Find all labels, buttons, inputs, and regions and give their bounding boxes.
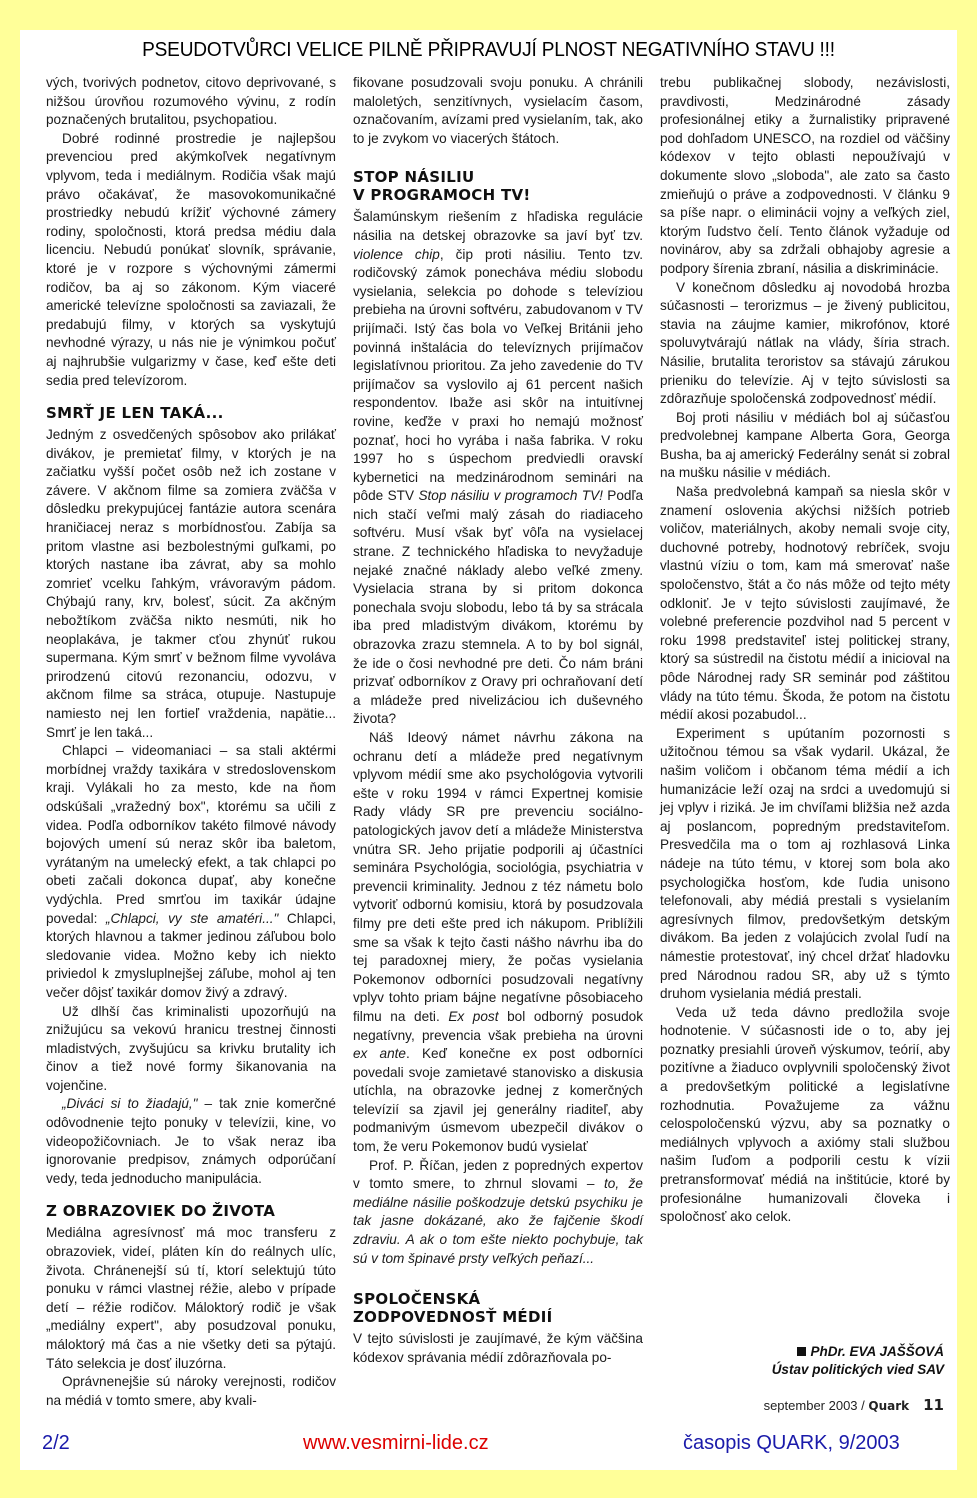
paragraph: Náš Ideový námet návrhu zákona na ochran… <box>353 729 643 1157</box>
paragraph: Experiment s upútaním pozornosti s užito… <box>660 725 950 1004</box>
paragraph: V konečnom dôsledku aj novodobá hrozba s… <box>660 279 950 409</box>
italic-term: Ex post <box>448 1009 498 1024</box>
paragraph: Veda už teda dávno predložila svoje hodn… <box>660 1004 950 1227</box>
heading-line: STOP NÁSILIU <box>353 168 643 186</box>
paragraph: Naša predvolebná kampaň sa niesla skôr v… <box>660 483 950 725</box>
paragraph: Chlapci – videomaniaci – sa stali aktérm… <box>46 742 336 1002</box>
heading-line: V PROGRAMOCH TV! <box>353 186 643 204</box>
paragraph: fikovane posudzovali svoju ponuku. A chr… <box>353 74 643 148</box>
paragraph: V tejto súvislosti je zaujímavé, že kým … <box>353 1330 643 1367</box>
author-institution: Ústav politických vied SAV <box>660 1361 944 1379</box>
italic-term: violence chip <box>353 247 440 262</box>
heading-line: SPOLOČENSKÁ <box>353 1290 643 1308</box>
paragraph: Dobré rodinné prostredie je najlepšou pr… <box>46 130 336 390</box>
text-span: Šalamúnskym riešením z hľadiska reguláci… <box>353 209 643 243</box>
paragraph: Oprávnenejšie sú nároky verejnosti, rodi… <box>46 1373 336 1410</box>
section-heading: SPOLOČENSKÁ ZODPOVEDNOSŤ MÉDIÍ <box>353 1290 643 1326</box>
author-byline: PhDr. EVA JAŠŠOVÁ Ústav politických vied… <box>660 1343 944 1379</box>
quote-span: „Chlapci, vy ste amatéri..." <box>106 911 278 926</box>
column-3: trebu publikačnej slobody, nezávislosti,… <box>660 74 950 1227</box>
text-span: Prof. P. Říčan, jeden z popredných exper… <box>353 1158 643 1192</box>
paragraph: Jedným z osvedčených spôsobov ako prilák… <box>46 426 336 742</box>
square-bullet-icon <box>797 1347 806 1356</box>
italic-term: ex ante <box>353 1046 406 1061</box>
magazine-name: Quark <box>868 1399 909 1413</box>
column-2: fikovane posudzovali svoju ponuku. A chr… <box>353 74 643 1367</box>
author-name-line: PhDr. EVA JAŠŠOVÁ <box>660 1343 944 1361</box>
paragraph: Mediálna agresívnosť má moc transferu z … <box>46 1224 336 1373</box>
magazine-page-footer: september 2003 / Quark11 <box>660 1396 944 1414</box>
column-1: vých, tvorivých podnetov, citovo deprivo… <box>46 74 336 1410</box>
paragraph: vých, tvorivých podnetov, citovo deprivo… <box>46 74 336 130</box>
text-span: Chlapci – videomaniaci – sa stali aktérm… <box>46 743 336 925</box>
website-link[interactable]: www.vesmirni-lide.cz <box>303 1432 489 1455</box>
text-span: Podľa nich stačí veľmi malý zásah do ria… <box>353 488 643 726</box>
paragraph: Boj proti násiliu v médiách bol aj súčas… <box>660 409 950 483</box>
source-citation: časopis QUARK, 9/2003 <box>683 1432 900 1455</box>
quote-span: „Diváci si to žiadajú," <box>62 1096 198 1111</box>
italic-term: Stop násiliu v programoch TV! <box>418 488 602 503</box>
text-span: . Keď konečne ex post odborníci povedali… <box>353 1046 643 1154</box>
paragraph: Prof. P. Říčan, jeden z popredných exper… <box>353 1157 643 1269</box>
paragraph: trebu publikačnej slobody, nezávislosti,… <box>660 74 950 279</box>
text-span: , čip proti násiliu. Tento tzv. rodičovs… <box>353 247 643 504</box>
page-number: 11 <box>923 1396 944 1414</box>
paragraph: Šalamúnskym riešením z hľadiska reguláci… <box>353 208 643 729</box>
heading-line: ZODPOVEDNOSŤ MÉDIÍ <box>353 1308 643 1326</box>
section-heading: Z OBRAZOVIEK DO ŽIVOTA <box>46 1202 336 1220</box>
paragraph: Už dlhší čas kriminalisti upozorňujú na … <box>46 1003 336 1096</box>
document-page: PSEUDOTVŮRCI VELICE PILNĚ PŘIPRAVUJÍ PLN… <box>20 30 957 1470</box>
part-indicator: 2/2 <box>42 1432 70 1455</box>
banner-title: PSEUDOTVŮRCI VELICE PILNĚ PŘIPRAVUJÍ PLN… <box>53 38 924 62</box>
section-heading: STOP NÁSILIU V PROGRAMOCH TV! <box>353 168 643 204</box>
paragraph: „Diváci si to žiadajú," – tak znie komer… <box>46 1095 336 1188</box>
issue-date: september 2003 / <box>764 1398 869 1413</box>
section-heading: SMRŤ JE LEN TAKÁ... <box>46 404 336 422</box>
author-name: PhDr. EVA JAŠŠOVÁ <box>810 1344 944 1359</box>
text-span: Náš Ideový námet návrhu zákona na ochran… <box>353 730 643 1024</box>
